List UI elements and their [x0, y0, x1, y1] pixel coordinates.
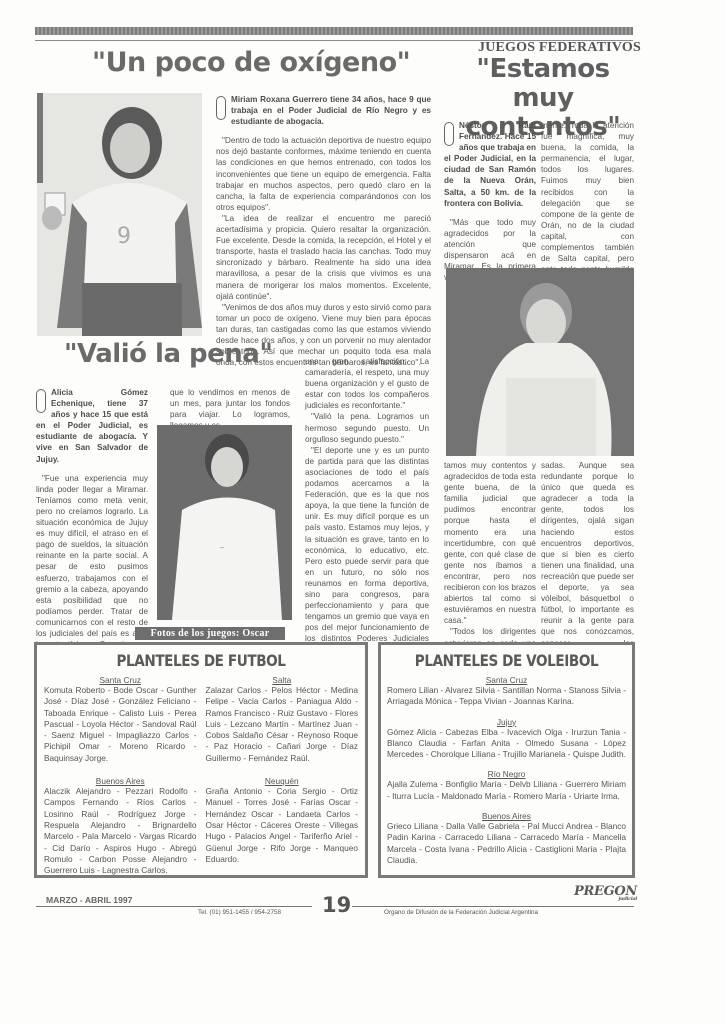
futbol-box-title: PLANTELES DE FUTBOL [62, 651, 341, 670]
photo-miriam-guerrero: 9 [37, 93, 202, 336]
footer-date: MARZO - ABRIL 1997 [46, 895, 132, 905]
team-name: Buenos Aires [387, 811, 626, 821]
photo-credit-caption: Fotos de los juegos: Oscar Zárate [135, 627, 285, 640]
article3-paragraph: "Fue una experiencia muy linda poder lle… [36, 473, 148, 662]
svg-text:~: ~ [219, 544, 225, 552]
footer-rule-left [36, 906, 312, 907]
article2-col1-top: Néstor Raúl Fernández. Hace 15 años que … [444, 120, 536, 283]
pregon-logo: PREGON judicial [574, 884, 637, 902]
team-name: Río Negro [387, 769, 626, 779]
planteles-voleibol-box: PLANTELES DE VOLEIBOL Santa Cruz Romero … [378, 642, 635, 878]
dropcap-ornament [36, 389, 46, 413]
team-name: Buenos Aires [44, 776, 197, 786]
article3-col1: Alicia Gómez Echenique, tiene 37 años y … [36, 387, 148, 661]
team-name: Jujuy [387, 717, 626, 727]
team-name: Santa Cruz [44, 675, 197, 685]
article3-col3: una gran satisfacción. La camaradería, e… [305, 356, 429, 656]
svg-text:9: 9 [117, 224, 131, 249]
article1-paragraph: "Dentro de todo la actuación deportiva d… [216, 135, 431, 213]
footer-telephone: Tel. (01) 951-1455 / 954-2758 [198, 909, 281, 916]
article3-paragraph: una gran satisfacción. La camaradería, e… [305, 356, 429, 411]
article1-body: Miriam Roxana Guerrero tiene 34 años, ha… [216, 94, 431, 368]
team-players: Ajalla Zulema - Bonfiglio María - Delvb … [387, 779, 626, 802]
headline-un-poco-de-oxigeno: "Un poco de oxígeno" [92, 47, 410, 78]
futbol-right-column: Salta Zalazar Carlos - Pelos Héctor - Me… [206, 670, 359, 876]
voleibol-box-title: PLANTELES DE VOLEIBOL [400, 651, 613, 670]
article2-col1-bottom: tamos muy contentos y agradecidos de tod… [444, 460, 536, 671]
footer-organ: Organo de Difusión de la Federación Judi… [384, 909, 538, 916]
team-name: Neuquén [206, 776, 359, 786]
team-name: Santa Cruz [387, 675, 626, 685]
photo-alicia-gomez: ~ [157, 425, 292, 620]
article3-paragraph: "El deporte une y es un punto de partida… [305, 445, 429, 656]
futbol-left-column: Santa Cruz Komuta Roberto - Bode Oscar -… [44, 670, 197, 876]
article3-paragraph: "Valió la pena. Logramos un hermoso segu… [305, 411, 429, 444]
planteles-futbol-box: PLANTELES DE FUTBOL Santa Cruz Komuta Ro… [34, 642, 368, 878]
photo-nestor-fernandez [446, 268, 634, 456]
team-players: Gómez Alicia - Cabezas Elba - Ivacevich … [387, 727, 626, 761]
team-name: Salta [206, 675, 359, 685]
headline-valio-la-pena: "Valió la pena" [64, 339, 272, 369]
top-rule-bar [35, 27, 633, 35]
article2-lead: Néstor Raúl Fernández. Hace 15 años que … [444, 120, 536, 209]
team-players: Grieco Liliana - Dalla Valle Gabriela - … [387, 821, 626, 866]
article1-paragraph: "La idea de realizar el encuentro me par… [216, 213, 431, 302]
team-players: Komuta Roberto - Bode Oscar - Gunther Jo… [44, 685, 197, 764]
team-players: Zalazar Carlos - Pelos Héctor - Medina F… [206, 685, 359, 764]
article3-lead: Alicia Gómez Echenique, tiene 37 años y … [36, 387, 148, 465]
dropcap-ornament [444, 122, 454, 146]
team-players: Romero Lilian - Alvarez Silvia - Santill… [387, 685, 626, 708]
team-players: Graña Antonio - Coria Sergio - Ortiz Man… [206, 786, 359, 865]
team-players: Alaczik Alejandro - Pezzari Rodolfo - Ca… [44, 786, 197, 876]
article2-paragraph: tamos muy contentos y agradecidos de tod… [444, 460, 536, 626]
article1-lead: Miriam Roxana Guerrero tiene 34 años, ha… [216, 94, 431, 127]
footer-rule-right [352, 906, 634, 907]
dropcap-ornament [216, 96, 226, 120]
page-number: 19 [322, 893, 351, 917]
